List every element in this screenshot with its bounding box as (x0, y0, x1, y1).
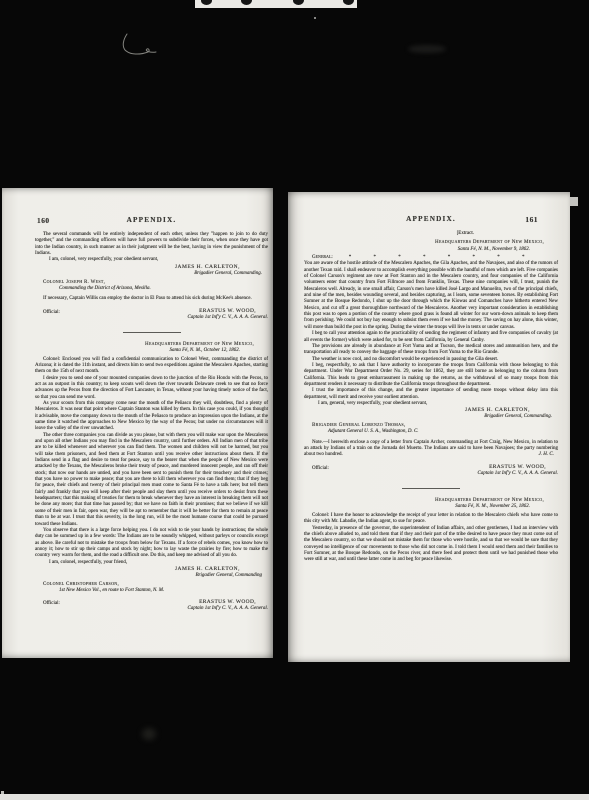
scanned-book-spread: 160 APPENDIX. The several commands will … (0, 0, 589, 800)
filmstrip-mark (201, 0, 212, 5)
letter-paragraph: If necessary, Captain Willis can employ … (35, 296, 268, 302)
signature-name: JAMES H. CARLETON, (35, 566, 268, 573)
letter-paragraph: You observe that there is a large force … (35, 528, 268, 560)
signature-title: Brigadier General, Commanding. (304, 414, 558, 421)
addressee-line: Commanding the District of Arizona, Mesi… (35, 286, 268, 292)
filmstrip-mark (293, 0, 304, 5)
filmstrip-edge (195, 0, 357, 8)
official-name: ERASTUS W. WOOD, (477, 464, 558, 471)
left-page-content: 160 APPENDIX. The several commands will … (2, 188, 273, 613)
official-title: Captain 1st Inf'y C. V., A. A. A. Genera… (477, 471, 558, 477)
right-page-content: APPENDIX. 161 [Extract. Headquarters Dep… (288, 192, 570, 564)
extract-label: [Extract. (304, 231, 558, 237)
letter-paragraph: The several commands will be entirely in… (35, 232, 268, 257)
running-head: APPENDIX. 161 (304, 215, 558, 224)
page-edge-sliver (569, 197, 578, 206)
official-title: Captain 1st Inf'y C. V., A. A. A. Genera… (187, 315, 268, 321)
letter-paragraph: As your scouts from this company come ne… (35, 401, 268, 433)
addressee-line: Adjutant General U. S. A., Washington, D… (304, 429, 558, 435)
official-label: Official: (304, 466, 329, 477)
note-text: Note.—I herewith enclose a copy of a let… (304, 440, 558, 458)
letter-paragraph: Yesterday, in presence of the governor, … (304, 526, 558, 564)
signature-name: JAMES H. CARLETON, (35, 264, 268, 271)
letter-paragraph: I trust the importance of this change, a… (304, 388, 558, 401)
page-number: 161 (525, 215, 538, 224)
filmstrip-mark (343, 0, 354, 5)
left-page: 160 APPENDIX. The several commands will … (2, 188, 273, 658)
film-speck (1, 791, 4, 794)
letter-paragraph: I beg to call your attention again to th… (304, 331, 558, 344)
addressee-line: 1st New Mexico Vol., en route to Fort St… (35, 588, 268, 594)
official-attestation: Official: ERASTUS W. WOOD, Captain 1st I… (35, 308, 268, 321)
filmstrip-mark (241, 0, 252, 5)
right-page: APPENDIX. 161 [Extract. Headquarters Dep… (288, 192, 570, 662)
official-label: Official: (35, 601, 60, 612)
dateline: Santa Fé, N. M., November 9, 1862. (304, 247, 558, 253)
note-initials: J. H. C. (531, 452, 554, 458)
letter-paragraph: The provisions are already in abundance … (304, 344, 558, 357)
page-number: 160 (37, 216, 50, 225)
film-smudge (142, 728, 156, 740)
dateline: Santa Fé, N. M., November 25, 1862. (304, 504, 558, 510)
signature-title: Brigadier General, Commanding (35, 573, 268, 580)
official-title: Captain 1st Inf'y C. V., A. A. A. Genera… (187, 606, 268, 612)
letter-paragraph: You are aware of the hostile attitude of… (304, 261, 558, 331)
running-head-label: APPENDIX. (406, 215, 456, 223)
letter-paragraph: The other three companies you can divide… (35, 433, 268, 528)
running-head-label: APPENDIX. (127, 216, 177, 224)
letter-paragraph: Colonel: Enclosed you will find a confid… (35, 357, 268, 376)
letter-paragraph: Colonel: I have the honor to acknowledge… (304, 513, 558, 526)
film-smudge (408, 45, 446, 53)
scanner-bed-strip (0, 794, 589, 800)
section-rule (402, 488, 460, 489)
official-attestation: Official: ERASTUS W. WOOD, Captain 1st I… (35, 599, 268, 612)
official-name: ERASTUS W. WOOD, (187, 308, 268, 315)
letter-paragraph: I beg, respectfully, to ask that I have … (304, 363, 558, 388)
signature-title: Brigadier General, Commanding. (35, 271, 268, 278)
dateline: Santa Fé, N. M., October 12, 1862. (35, 348, 268, 354)
film-scratch-icon (118, 30, 164, 62)
letter-paragraph: I desire you to send one of your mounted… (35, 376, 268, 401)
running-head: 160 APPENDIX. (35, 216, 268, 225)
official-attestation: Official: ERASTUS W. WOOD, Captain 1st I… (304, 464, 558, 477)
section-rule (123, 332, 181, 333)
official-label: Official: (35, 310, 60, 321)
note-paragraph: Note.—I herewith enclose a copy of a let… (304, 440, 558, 459)
film-speck (314, 17, 316, 19)
